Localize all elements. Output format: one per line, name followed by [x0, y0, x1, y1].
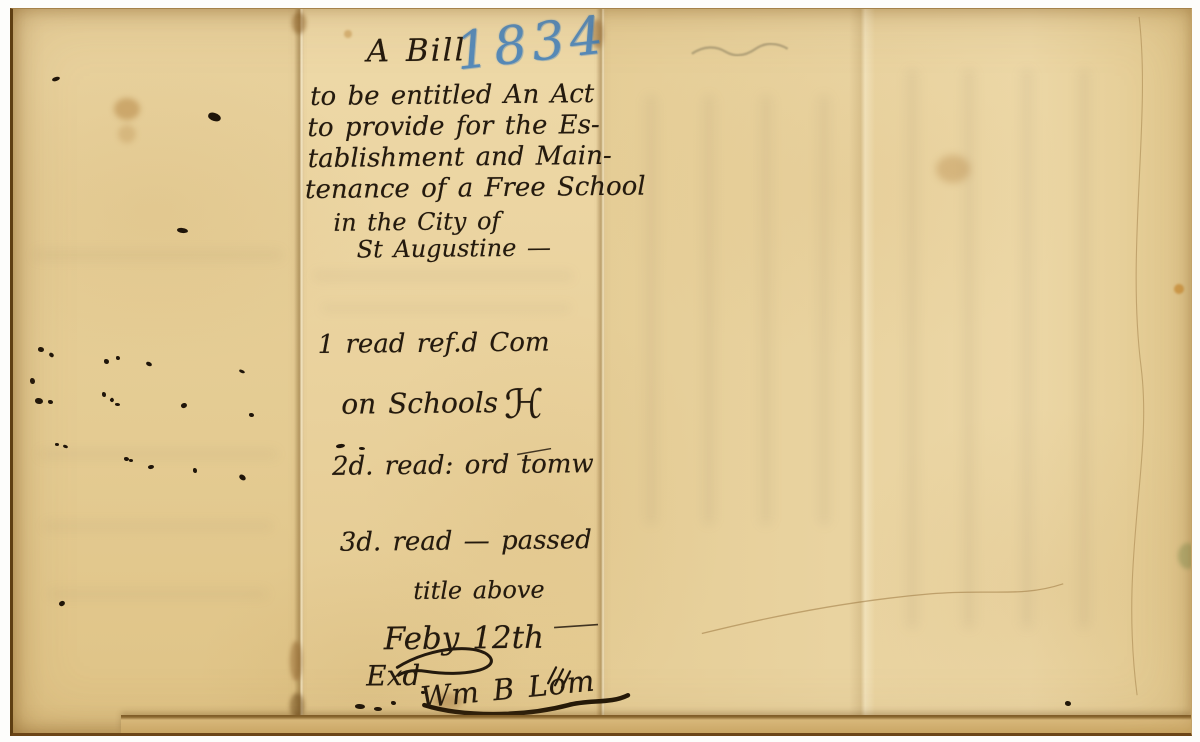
subtitle-line-2: to provide for the Es- — [307, 110, 600, 143]
docket-date: Feby 12th — [384, 620, 545, 658]
docket-first-reading: 1 read ref.d Com — [318, 328, 550, 360]
year-annotation: 1834 — [453, 8, 611, 82]
docket-title-note: title above — [413, 576, 545, 605]
paper-sheet: A Bill 1834 to be entitled An Act to pro… — [10, 8, 1192, 736]
docket-second-reading: 2d. read: ord tomw — [332, 449, 594, 482]
subtitle-line-1: to be entitled An Act — [310, 79, 594, 112]
subtitle-line-3: tablishment and Main- — [308, 141, 612, 174]
document-scan: A Bill 1834 to be entitled An Act to pro… — [0, 0, 1200, 742]
subtitle-line-6: St Augustine — — [357, 234, 552, 264]
docket-examined: Exd — [366, 659, 420, 693]
et-cetera-flourish: ℋ — [504, 382, 544, 428]
bottom-sheet-edge — [121, 715, 1191, 733]
subtitle-line-4: tenance of a Free School — [305, 172, 646, 206]
docket-first-reading-cont-text: on Schools — [341, 386, 498, 421]
docket-first-reading-cont: on Schoolsℋ — [341, 376, 538, 424]
subtitle-line-5: in the City of — [333, 207, 500, 237]
inscription: A Bill 1834 to be entitled An Act to pro… — [10, 8, 1192, 736]
docket-third-reading: 3d. read — passed — [340, 525, 592, 558]
signature: Wm B Lom — [419, 664, 597, 715]
bill-title: A Bill — [366, 32, 466, 69]
